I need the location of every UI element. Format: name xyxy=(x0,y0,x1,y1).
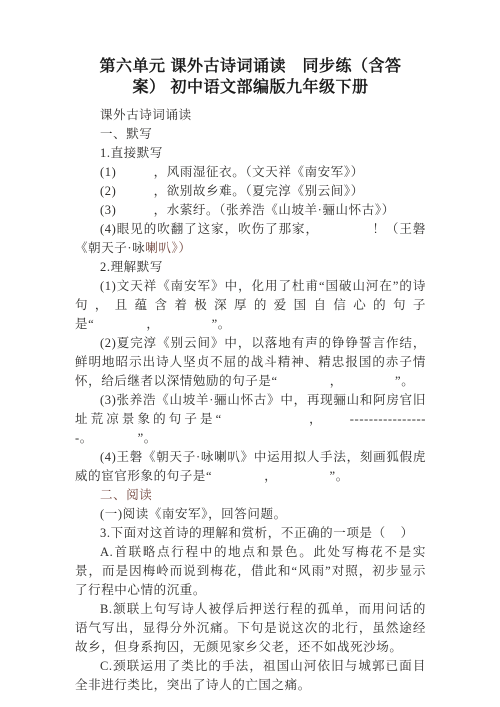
comprehension-item-2: (2)夏完淳《别云间》中，以落地有声的铮铮誓言作结，鲜明地昭示出诗人坚贞不屈的战… xyxy=(75,334,426,391)
direct-item-2: (2) ，欲别故乡难。（夏完淳《别云间》） xyxy=(75,182,426,201)
page-title: 第六单元 课外古诗词诵读 同步练（含答案） 初中语文部编版九年级下册 xyxy=(75,56,426,98)
direct-item-4-text: (4)眼见的吹翻了这家，吹伤了那家， ！（王磐《朝天子·咏 xyxy=(75,222,426,255)
direct-item-3: (3) ，水萦纡。（张养浩《山坡羊·骊山怀古》） xyxy=(75,201,426,220)
question-3: 3.下面对这首诗的理解和赏析，不正确的一项是（ ） xyxy=(75,524,426,543)
direct-item-1: (1) ，风雨湿征衣。（文天祥《南安军》） xyxy=(75,163,426,182)
question-3-option-b: B.颔联上句写诗人被俘后押送行程的孤单，而用问话的语气写出，显得分外沉痛。下句是… xyxy=(75,600,426,657)
comprehension-item-1: (1)文天祥《南安军》中，化用了杜甫“国破山河在”的诗句，且蕴含着极深厚的爱国自… xyxy=(75,277,426,334)
worksheet-page: 第六单元 课外古诗词诵读 同步练（含答案） 初中语文部编版九年级下册 课外古诗词… xyxy=(0,0,500,707)
subsection-direct-dictation: 1.直接默写 xyxy=(75,144,426,163)
part-one-heading: 一、默写 xyxy=(75,125,426,144)
part-two-heading: 二、阅读 xyxy=(75,486,426,505)
question-3-option-c: C.颈联运用了类比的手法，祖国山河依旧与城郭已面目全非进行类比，突出了诗人的亡国… xyxy=(75,657,426,695)
subsection-comprehension-dictation: 2.理解默写 xyxy=(75,258,426,277)
direct-item-4-tail: 喇叭》） xyxy=(145,241,191,255)
section-heading: 课外古诗词诵读 xyxy=(75,106,426,125)
question-3-option-a: A.首联略点行程中的地点和景色。此处写梅花不是实景，而是因梅岭而说到梅花，借此和… xyxy=(75,543,426,600)
comprehension-item-3: (3)张养浩《山坡羊·骊山怀古》中，再现骊山和阿房官旧址荒凉景象的句子是“ ， … xyxy=(75,391,426,448)
direct-item-4: (4)眼见的吹翻了这家，吹伤了那家， ！（王磐《朝天子·咏喇叭》） xyxy=(75,220,426,258)
reading-intro: (一)阅读《南安军》，回答问题。 xyxy=(75,505,426,524)
comprehension-item-4: (4)王磐《朝天子·咏喇叭》中运用拟人手法，刻画狐假虎威的宦官形象的句子是“ ，… xyxy=(75,448,426,486)
